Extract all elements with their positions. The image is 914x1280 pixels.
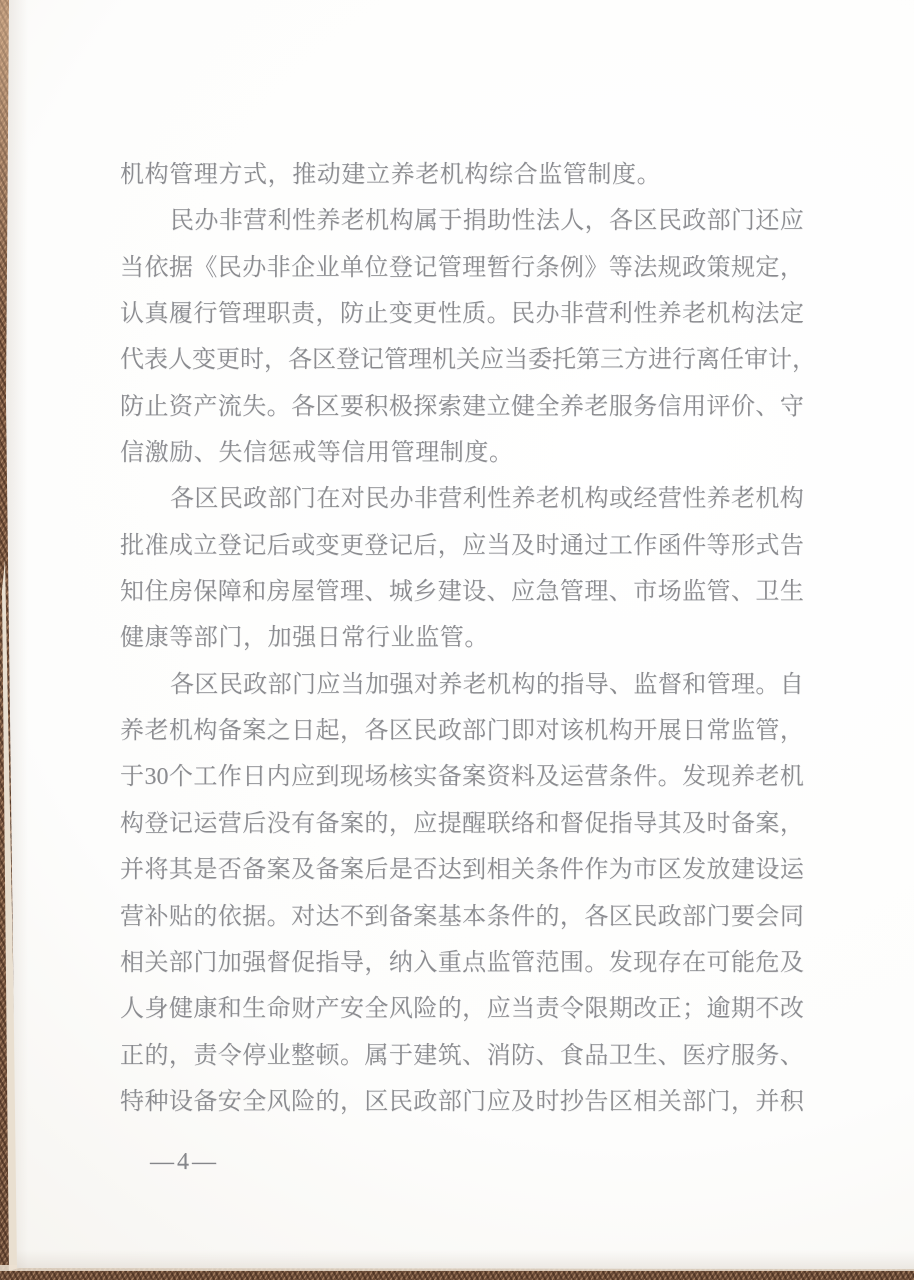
- page-number: —4—: [150, 1139, 219, 1185]
- text-line: 认真履行管理职责，防止变更性质。民办非营利性养老机构法定: [120, 291, 804, 337]
- text-line: 并将其是否备案及备案后是否达到相关条件作为市区发放建设运: [120, 847, 804, 893]
- text-line: 批准成立登记后或变更登记后，应当及时通过工作函件等形式告: [120, 523, 804, 569]
- text-line: 人身健康和生命财产安全风险的，应当责令限期改正；逾期不改: [120, 986, 804, 1032]
- text-line: 当依据《民办非企业单位登记管理暂行条例》等法规政策规定，: [120, 245, 804, 291]
- text-line: 代表人变更时，各区登记管理机关应当委托第三方进行离任审计，: [120, 337, 804, 383]
- text-line: 相关部门加强督促指导，纳入重点监管范围。发现存在可能危及: [120, 940, 804, 986]
- text-line: 防止资产流失。各区要积极探索建立健全养老服务信用评价、守: [120, 384, 804, 430]
- photo-background: 机构管理方式，推动建立养老机构综合监管制度。民办非营利性养老机构属于捐助性法人，…: [0, 0, 914, 1280]
- text-line: 于30个工作日内应到现场核实备案资料及运营条件。发现养老机: [120, 754, 804, 800]
- text-line: 营补贴的依据。对达不到备案基本条件的，各区民政部门要会同: [120, 894, 804, 940]
- text-line: 构登记运营后没有备案的，应提醒联络和督促指导其及时备案，: [120, 801, 804, 847]
- text-line: 信激励、失信惩戒等信用管理制度。: [120, 430, 804, 476]
- document-text: 机构管理方式，推动建立养老机构综合监管制度。民办非营利性养老机构属于捐助性法人，…: [120, 152, 804, 1125]
- text-line: 正的，责令停业整顿。属于建筑、消防、食品卫生、医疗服务、: [120, 1033, 804, 1079]
- text-line: 特种设备安全风险的，区民政部门应及时抄告区相关部门，并积: [120, 1079, 804, 1125]
- text-line: 机构管理方式，推动建立养老机构综合监管制度。: [120, 152, 804, 198]
- text-line: 健康等部门，加强日常行业监管。: [120, 615, 804, 661]
- text-line: 各区民政部门在对民办非营利性养老机构或经营性养老机构: [120, 476, 804, 522]
- text-line: 民办非营利性养老机构属于捐助性法人，各区民政部门还应: [120, 198, 804, 244]
- text-line: 养老机构备案之日起，各区民政部门即对该机构开展日常监管，: [120, 708, 804, 754]
- text-line: 知住房保障和房屋管理、城乡建设、应急管理、市场监管、卫生: [120, 569, 804, 615]
- text-line: 各区民政部门应当加强对养老机构的指导、监督和管理。自: [120, 662, 804, 708]
